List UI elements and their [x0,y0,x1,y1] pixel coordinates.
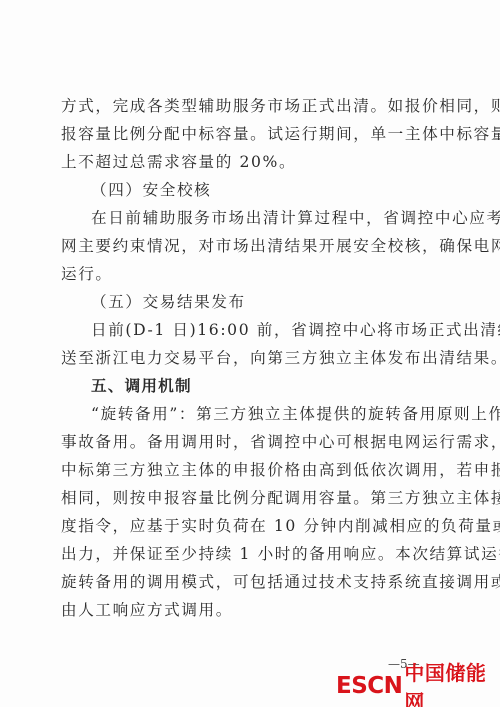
text-line: （五）交易结果发布 [91,292,471,312]
escn-watermark-logo: ESCN 中国储能网 [336,672,500,700]
text-line: 运行。 [61,264,441,284]
text-line: （四）安全校核 [91,180,471,200]
text-line: 中标第三方独立主体的申报价格由高到低依次调用，若申报价格 [61,460,441,480]
text-line: 由人工响应方式调用。 [61,600,441,620]
text-line: “旋转备用”：第三方独立主体提供的旋转备用原则上作为 [91,404,471,424]
text-line: 上不超过总需求容量的 20%。 [61,152,441,172]
text-line: 方式，完成各类型辅助服务市场正式出清。如报价相同，则按申 [61,96,441,116]
text-line: 事故备用。备用调用时，省调控中心可根据电网运行需求，根据 [61,432,441,452]
logo-text-en: ESCN [336,673,402,699]
text-line: 旋转备用的调用模式，可包括通过技术支持系统直接调用或者经 [61,572,441,592]
text-line: 度指令，应基于实时负荷在 10 分钟内削减相应的负荷量或调增 [61,516,441,536]
text-line: 报容量比例分配中标容量。试运行期间，单一主体中标容量原则 [61,124,441,144]
text-line: 相同，则按申报容量比例分配调用容量。第三方独立主体接到调 [61,488,441,508]
text-line: 日前(D-1 日)16:00 前，省调控中心将市场正式出清结果推 [91,320,471,340]
logo-text-cn: 中国储能网 [404,657,500,707]
section-heading: 五、调用机制 [91,376,471,396]
text-line: 送至浙江电力交易平台，向第三方独立主体发布出清结果。 [61,348,441,368]
text-line: 网主要约束情况，对市场出清结果开展安全校核，确保电网安全 [61,236,441,256]
text-line: 出力，并保证至少持续 1 小时的备用响应。本次结算试运行期间 [61,544,441,564]
text-line: 在日前辅助服务市场出清计算过程中，省调控中心应考虑电 [91,208,471,228]
document-page: 方式，完成各类型辅助服务市场正式出清。如报价相同，则按申报容量比例分配中标容量。… [0,0,500,707]
